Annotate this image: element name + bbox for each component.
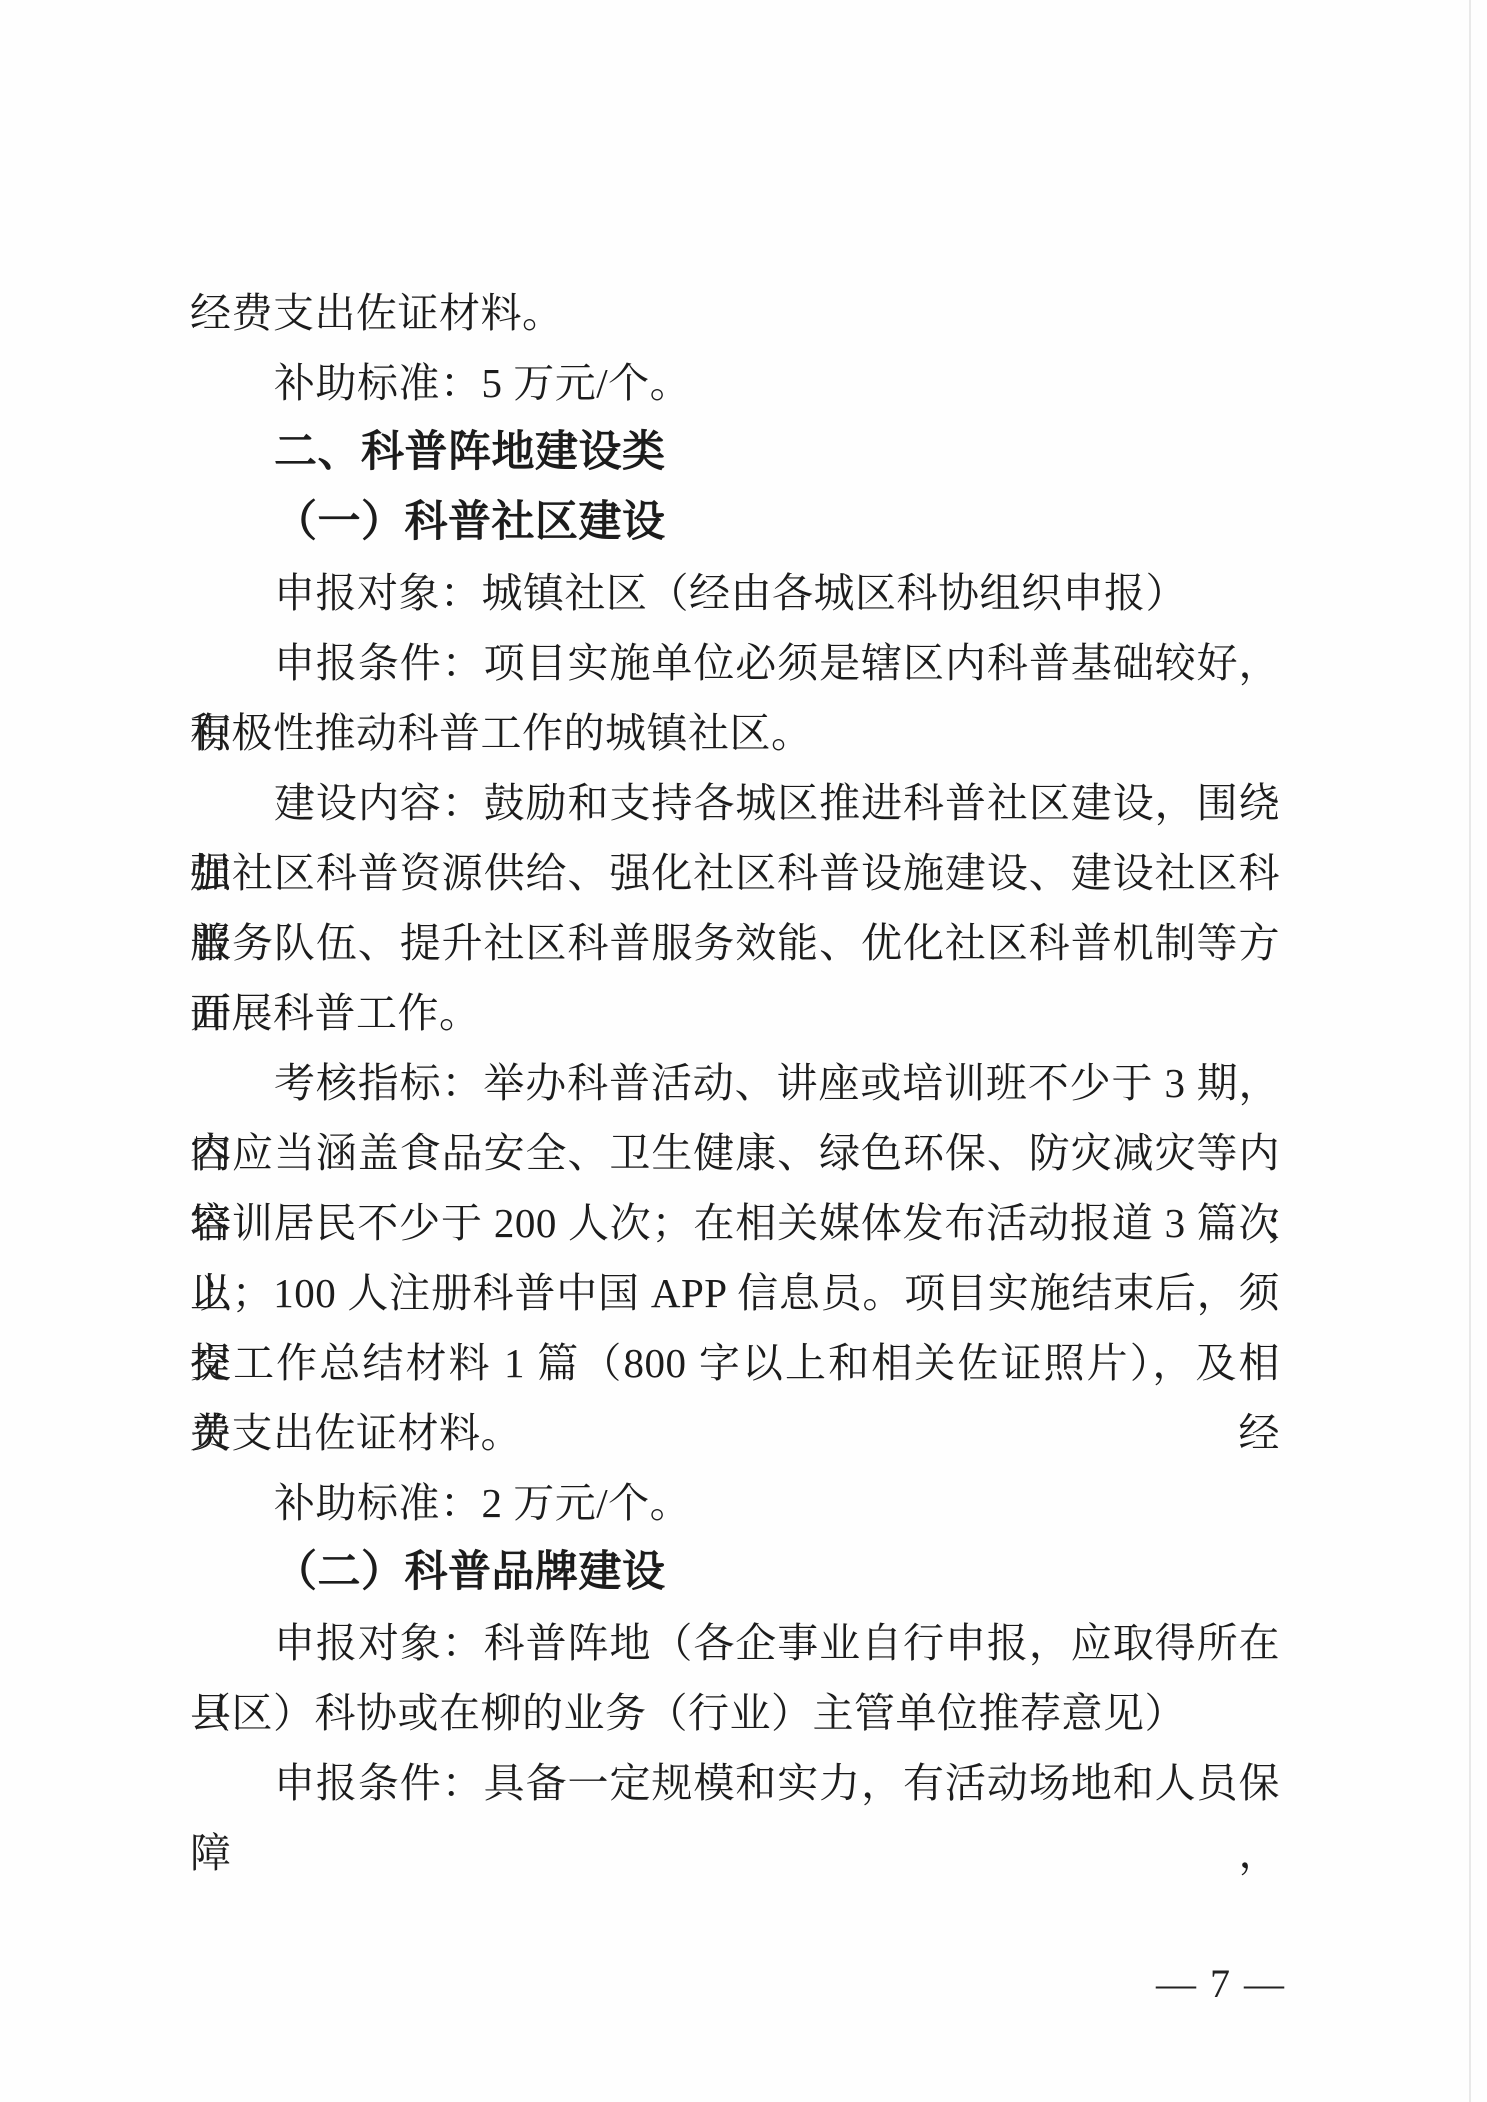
text-line: 申报条件：具备一定规模和实力，有活动场地和人员保障， (190, 1748, 1280, 1818)
text-line: 强社区科普资源供给、强化社区科普设施建设、建设社区科普 (190, 838, 1280, 908)
text-line: 考核指标：举办科普活动、讲座或培训班不少于 3 期，内 (190, 1048, 1280, 1118)
text-line: 申报对象：城镇社区（经由各城区科协组织申报） (190, 558, 1280, 628)
text-line: 经费支出佐证材料。 (190, 278, 1280, 348)
section-heading: （一）科普社区建设 (190, 488, 1280, 558)
text-line: 上；100 人注册科普中国 APP 信息员。项目实施结束后，须提 (190, 1258, 1280, 1328)
text-line: 服务队伍、提升社区科普服务效能、优化社区科普机制等方面 (190, 908, 1280, 978)
page-number: — 7 — (1126, 1956, 1316, 2012)
document-page: 经费支出佐证材料。补助标准：5 万元/个。二、科普阵地建设类（一）科普社区建设申… (0, 0, 1487, 2102)
document-body: 经费支出佐证材料。补助标准：5 万元/个。二、科普阵地建设类（一）科普社区建设申… (190, 278, 1280, 1818)
scan-edge-line (1469, 0, 1471, 2102)
text-line: 培训居民不少于 200 人次；在相关媒体发布活动报道 3 篇次以 (190, 1188, 1280, 1258)
text-line: 申报条件：项目实施单位必须是辖区内科普基础较好，有 (190, 628, 1280, 698)
text-line: 补助标准：5 万元/个。 (190, 348, 1280, 418)
text-line: 开展科普工作。 (190, 978, 1280, 1048)
text-line: 申报对象：科普阵地（各企事业自行申报，应取得所在县 (190, 1608, 1280, 1678)
text-line: 容应当涵盖食品安全、卫生健康、绿色环保、防灾减灾等内容; (190, 1118, 1280, 1188)
text-line: （区）科协或在柳的业务（行业）主管单位推荐意见） (190, 1678, 1280, 1748)
text-line: 积极性推动科普工作的城镇社区。 (190, 698, 1280, 768)
text-line: 补助标准：2 万元/个。 (190, 1468, 1280, 1538)
section-heading: 二、科普阵地建设类 (190, 418, 1280, 488)
text-line: 交工作总结材料 1 篇（800 字以上和相关佐证照片），及相关经 (190, 1328, 1280, 1398)
text-line: 建设内容：鼓励和支持各城区推进科普社区建设，围绕加 (190, 768, 1280, 838)
section-heading: （二）科普品牌建设 (190, 1538, 1280, 1608)
